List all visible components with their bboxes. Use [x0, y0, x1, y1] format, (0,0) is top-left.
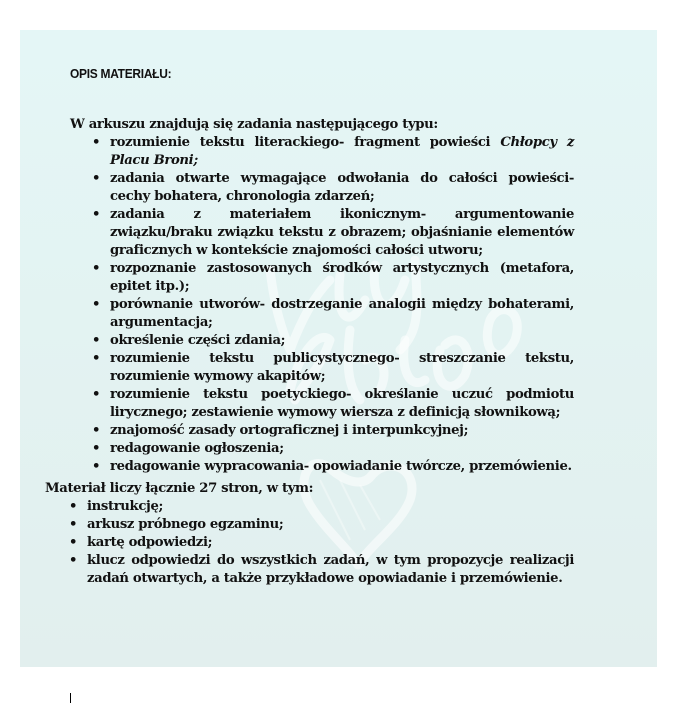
bullet-icon: • [92, 206, 100, 224]
bullet-icon: • [92, 422, 100, 440]
bullet-icon: • [92, 440, 100, 458]
bullet-icon: • [92, 386, 100, 404]
bullet-icon: • [92, 332, 100, 350]
list-item: •instrukcję; [87, 498, 574, 516]
list-item: •zadania otwarte wymagające odwołania do… [110, 170, 574, 206]
list-item: •redagowanie ogłoszenia; [110, 440, 574, 458]
list-item: •porównanie utworów- dostrzeganie analog… [110, 296, 574, 332]
list-item: •redagowanie wypracowania- opowiadanie t… [110, 458, 574, 476]
bullet-icon: • [92, 134, 100, 152]
bullet-icon: • [92, 170, 100, 188]
material-summary: Materiał liczy łącznie 27 stron, w tym: [45, 480, 313, 498]
material-contents-list: •instrukcję; •arkusz próbnego egzaminu; … [87, 498, 574, 588]
list-item: •znajomość zasady ortograficznej i inter… [110, 422, 574, 440]
task-types-list: •rozumienie tekstu literackiego- fragmen… [110, 134, 574, 476]
document-panel: OPIS MATERIAŁU: W arkuszu znajdują się z… [20, 30, 657, 667]
section-heading: OPIS MATERIAŁU: [70, 65, 171, 83]
list-item: •kartę odpowiedzi; [87, 534, 574, 552]
list-item: •określenie części zdania; [110, 332, 574, 350]
list-item: •arkusz próbnego egzaminu; [87, 516, 574, 534]
bullet-icon: • [92, 458, 100, 476]
text-cursor [70, 693, 71, 703]
list-item: •rozumienie tekstu publicystycznego- str… [110, 350, 574, 386]
bullet-icon: • [69, 534, 77, 552]
list-item: •klucz odpowiedzi do wszystkich zadań, w… [87, 552, 574, 588]
task-types-intro: W arkuszu znajdują się zadania następują… [70, 116, 438, 134]
list-item: •zadania z materiałem ikonicznym- argume… [110, 206, 574, 260]
bullet-icon: • [92, 350, 100, 368]
document-content: OPIS MATERIAŁU: W arkuszu znajdują się z… [20, 30, 657, 667]
bullet-icon: • [92, 260, 100, 278]
list-item: •rozumienie tekstu literackiego- fragmen… [110, 134, 574, 170]
list-item: •rozpoznanie zastosowanych środków artys… [110, 260, 574, 296]
list-item: •rozumienie tekstu poetyckiego- określan… [110, 386, 574, 422]
bullet-icon: • [69, 516, 77, 534]
bullet-icon: • [69, 498, 77, 516]
bullet-icon: • [92, 296, 100, 314]
bullet-icon: • [69, 552, 77, 570]
